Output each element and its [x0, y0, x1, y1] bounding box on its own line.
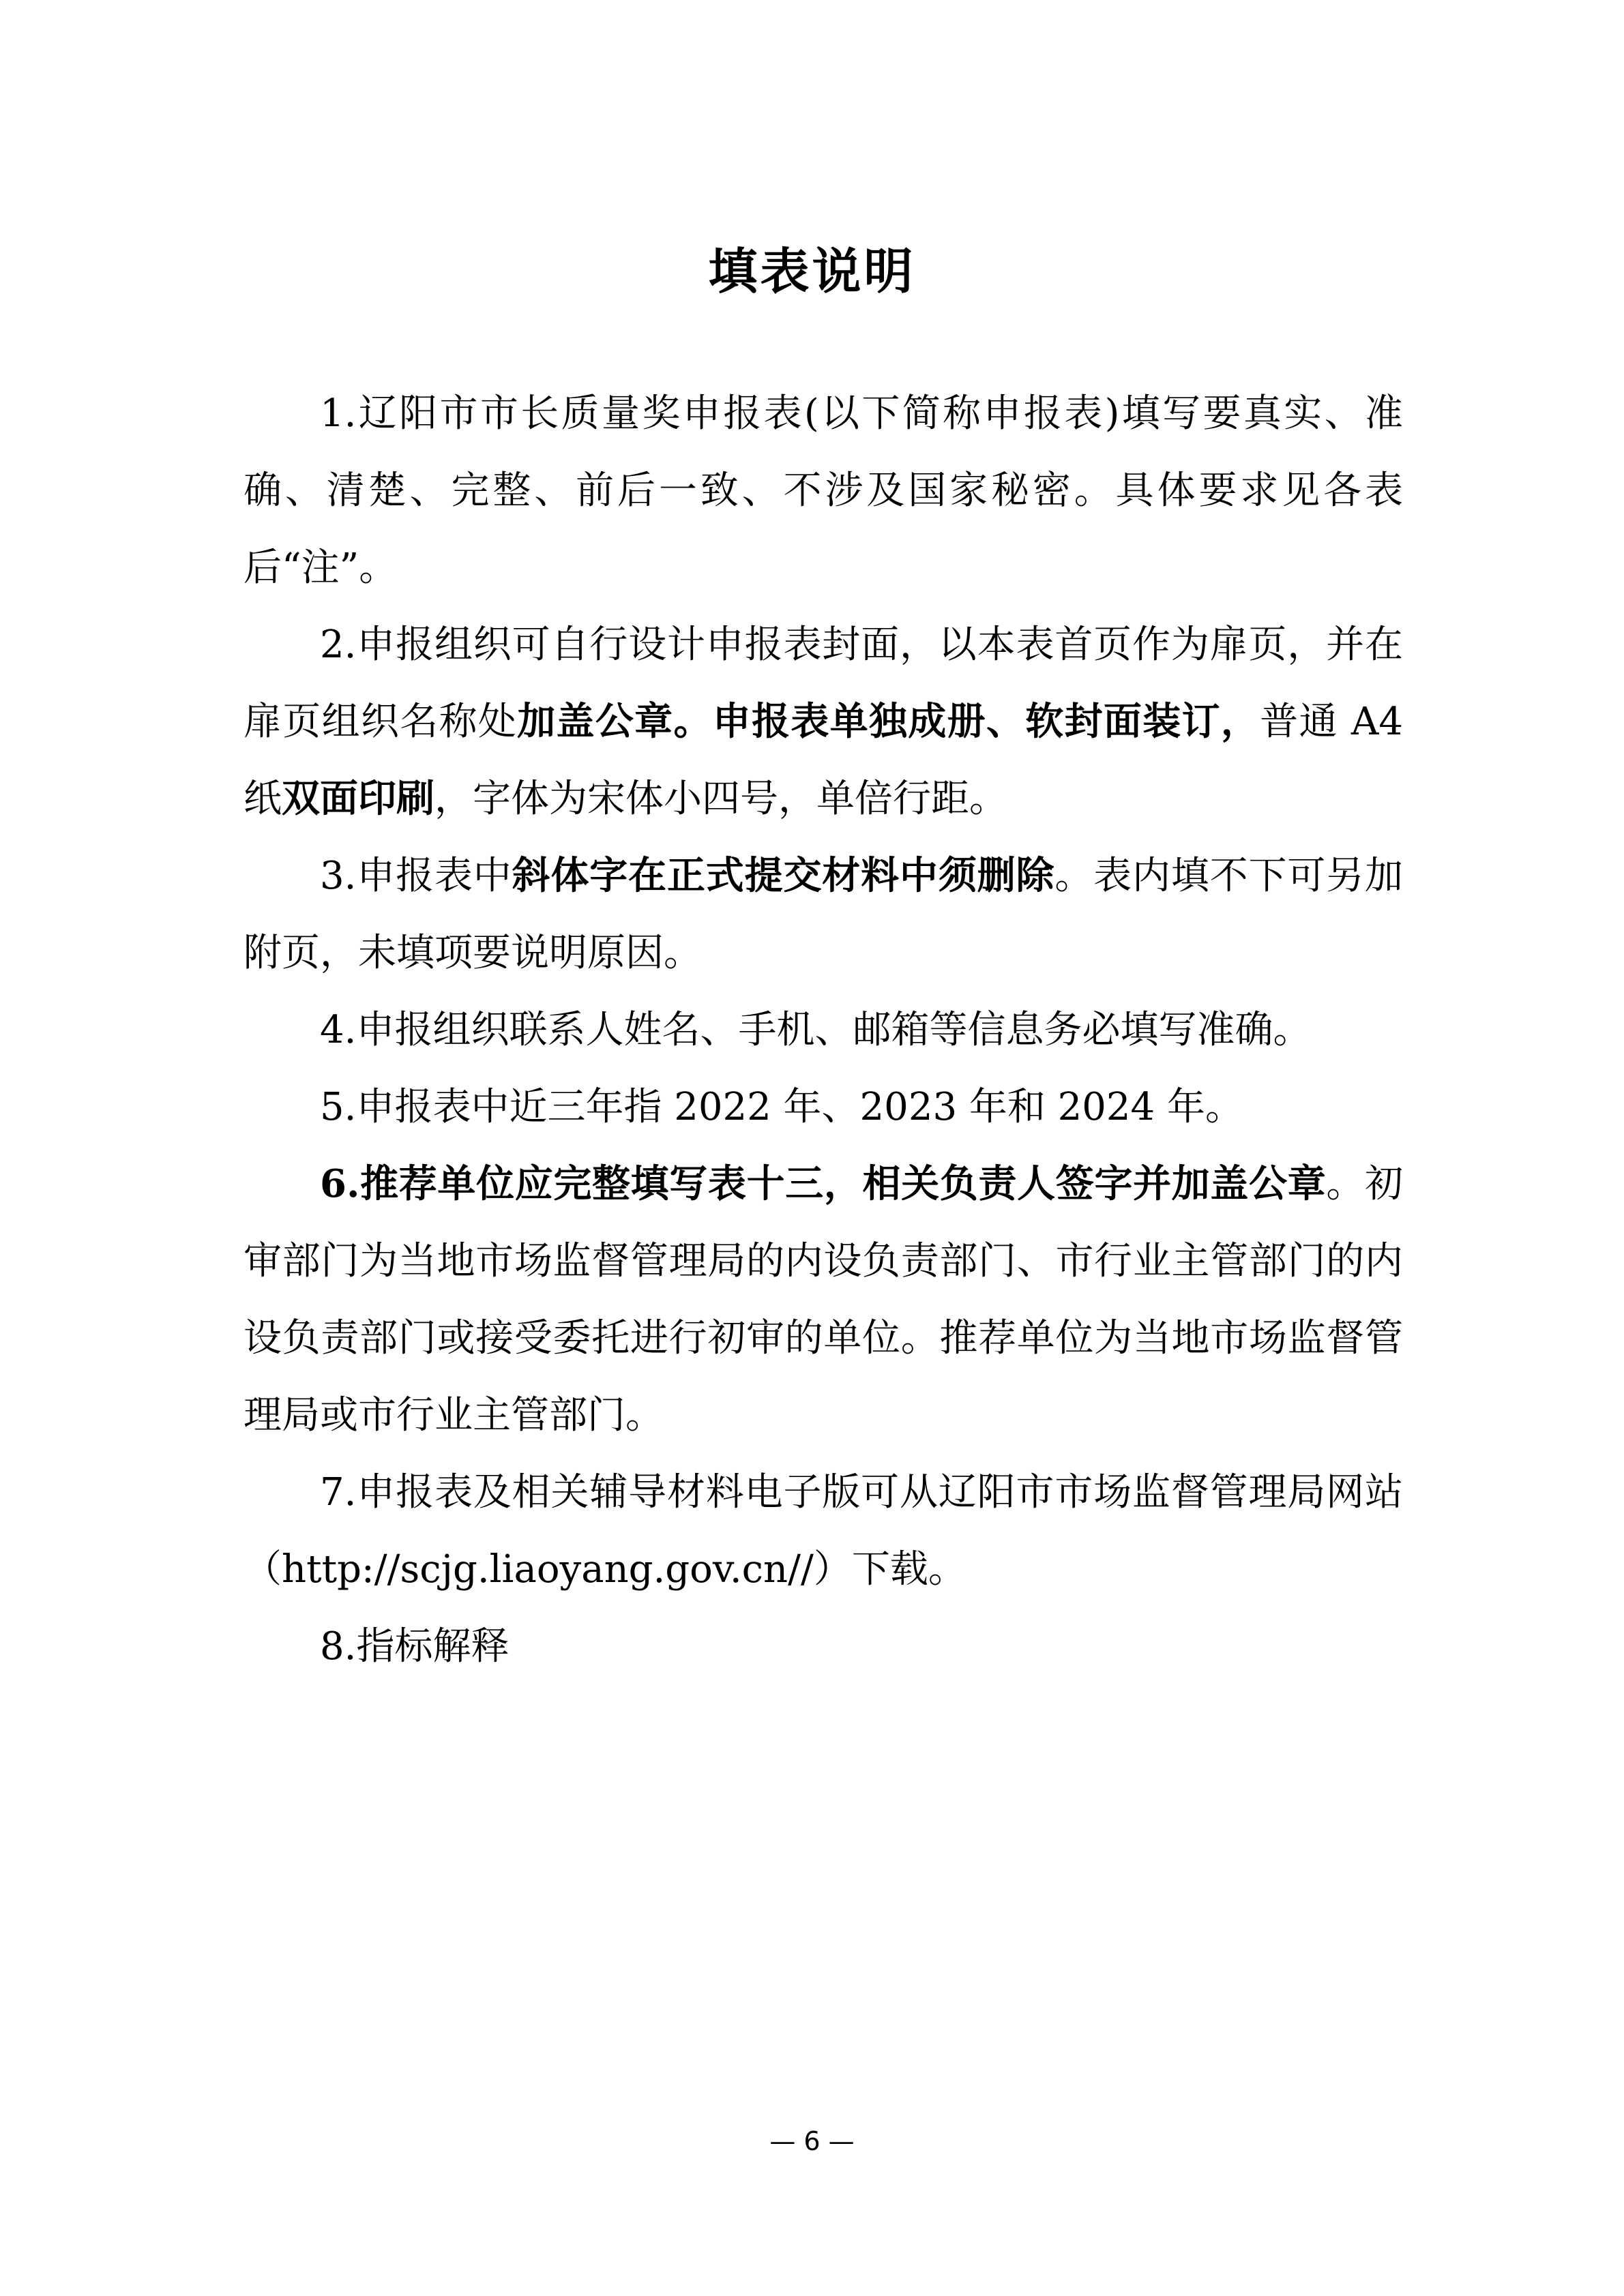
instructions-body: 1.辽阳市市长质量奖申报表(以下简称申报表)填写要真实、准确、清楚、完整、前后一…	[243, 375, 1403, 1685]
item-number: 6.	[320, 1161, 359, 1206]
instruction-item-3: 3.申报表中斜体字在正式提交材料中须删除。表内填不下可另加附页，未填项要说明原因…	[243, 837, 1403, 992]
item-text-bold: 双面印刷	[282, 776, 434, 821]
item-text: 申报表及相关辅导材料电子版可从辽阳市市场监督管理局网站（http://scjg.…	[243, 1470, 1403, 1592]
page-number: — 6 —	[0, 2124, 1624, 2158]
instruction-item-1: 1.辽阳市市长质量奖申报表(以下简称申报表)填写要真实、准确、清楚、完整、前后一…	[243, 375, 1403, 606]
item-text: 指标解释	[356, 1624, 509, 1669]
instruction-item-5: 5.申报表中近三年指 2022 年、2023 年和 2024 年。	[243, 1069, 1403, 1146]
item-number: 7.	[320, 1470, 356, 1515]
instruction-item-4: 4.申报组织联系人姓名、手机、邮箱等信息务必填写准确。	[243, 992, 1403, 1069]
item-text: 申报表中	[356, 854, 512, 898]
item-text-bold: 推荐单位应完整填写表十三，相关负责人签字并加盖公章	[359, 1161, 1326, 1206]
item-text: ，字体为宋体小四号，单倍行距。	[434, 777, 1007, 821]
item-number: 1.	[320, 391, 356, 436]
page-title: 填表说明	[0, 237, 1624, 305]
item-number: 5.	[320, 1085, 356, 1129]
item-number: 3.	[320, 854, 356, 898]
item-text: 申报组织联系人姓名、手机、邮箱等信息务必填写准确。	[356, 1008, 1311, 1052]
item-number: 8.	[320, 1624, 356, 1669]
instruction-item-8: 8.指标解释	[243, 1608, 1403, 1685]
item-text-bold: 加盖公章。申报表单独成册、软封面装订，	[517, 699, 1260, 744]
instruction-item-2: 2.申报组织可自行设计申报表封面，以本表首页作为扉页，并在扉页组织名称处加盖公章…	[243, 606, 1403, 837]
item-number: 4.	[320, 1008, 356, 1052]
item-text-bold: 斜体字在正式提交材料中须删除	[512, 853, 1055, 898]
instruction-item-7: 7.申报表及相关辅导材料电子版可从辽阳市市场监督管理局网站（http://scj…	[243, 1454, 1403, 1608]
item-text: 申报表中近三年指 2022 年、2023 年和 2024 年。	[356, 1085, 1243, 1129]
item-number: 2.	[320, 623, 356, 667]
item-text: 辽阳市市长质量奖申报表(以下简称申报表)填写要真实、准确、清楚、完整、前后一致、…	[243, 391, 1403, 590]
instruction-item-6: 6.推荐单位应完整填写表十三，相关负责人签字并加盖公章。初审部门为当地市场监督管…	[243, 1146, 1403, 1454]
